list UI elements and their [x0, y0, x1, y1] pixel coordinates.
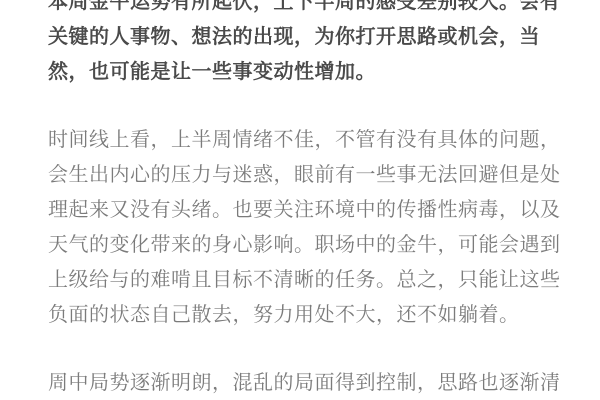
text-line: 时间线上看，上半周情绪不佳，不管有没有具体的问题，: [48, 123, 564, 158]
text-line: 本周金牛运势有所起伏，上下半周的感受差别较大。会有: [48, 0, 564, 20]
paragraph: 周中局势逐渐明朗，混乱的局面得到控制，思路也逐渐清: [48, 366, 564, 400]
article-text: 本周金牛运势有所起伏，上下半周的感受差别较大。会有关键的人事物、想法的出现，为你…: [0, 0, 600, 400]
text-line: 上级给与的难啃且目标不清晰的任务。总之，只能让这些: [48, 263, 564, 298]
text-line: 理起来又没有头绪。也要关注环境中的传播性病毒，以及: [48, 193, 564, 228]
paragraph: 时间线上看，上半周情绪不佳，不管有没有具体的问题，会生出内心的压力与迷惑，眼前有…: [48, 123, 564, 333]
text-line: 关键的人事物、想法的出现，为你打开思路或机会，当: [48, 20, 564, 55]
paragraph: 本周金牛运势有所起伏，上下半周的感受差别较大。会有关键的人事物、想法的出现，为你…: [48, 0, 564, 90]
page: { "colors": { "background": "#ffffff", "…: [0, 0, 600, 400]
text-line: 周中局势逐渐明朗，混乱的局面得到控制，思路也逐渐清: [48, 366, 564, 400]
text-line: 天气的变化带来的身心影响。职场中的金牛，可能会遇到: [48, 228, 564, 263]
text-line: 然，也可能是让一些事变动性增加。: [48, 55, 564, 90]
text-line: 负面的状态自己散去，努力用处不大，还不如躺着。: [48, 298, 564, 333]
text-line: 会生出内心的压力与迷惑，眼前有一些事无法回避但是处: [48, 158, 564, 193]
